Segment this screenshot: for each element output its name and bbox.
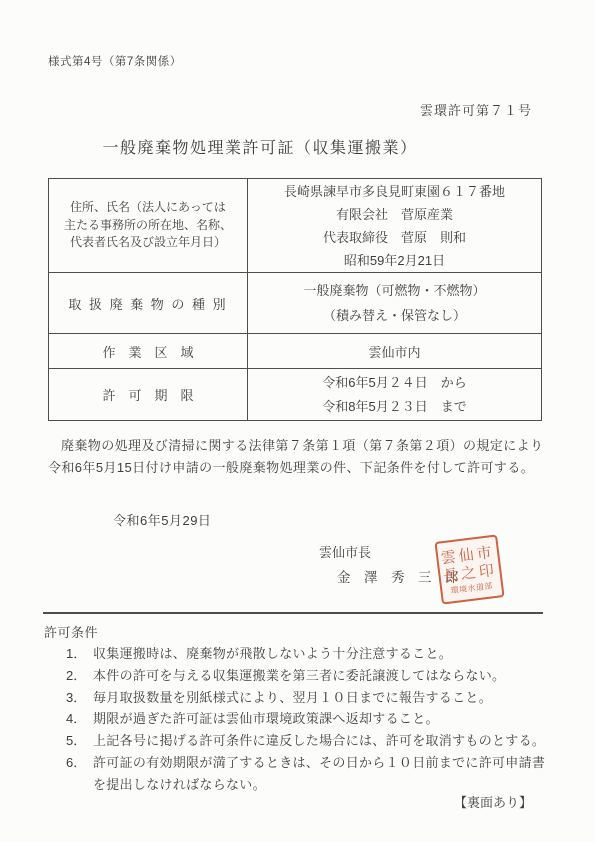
mayor-title: 雲仙市長 (319, 542, 371, 561)
form-number: 様式第4号（第7条関係） (48, 53, 182, 69)
condition-item: 4． 期限が過ぎた許可証は雲仙市環境政策課へ返却すること。 (66, 708, 548, 730)
work-area-value: 雲仙市内 (368, 342, 420, 361)
applicant-label-line: 主たる事務所の所在地、名称、 (64, 217, 232, 235)
permit-period-value-cell: 令和6年5月２４日 から 令和8年5月２３日 まで (248, 369, 541, 420)
condition-text: 本件の許可を与える収集運搬業を第三者に委託譲渡してはならない。 (93, 665, 548, 687)
condition-item: 6． 許可証の有効期限が満了するときは、その日から１０日前までに許可申請書を提出… (66, 752, 548, 796)
permit-info-table: 住所、氏名（法人にあっては 主たる事務所の所在地、名称、 代表者氏名及び設立年月… (48, 178, 542, 421)
condition-item: 5． 上記各号に掲げる許可条件に違反した場合には、許可を取消すものとする。 (66, 730, 548, 752)
condition-text: 上記各号に掲げる許可条件に違反した場合には、許可を取消すものとする。 (93, 730, 548, 752)
permit-period-label-cell: 許 可 期 限 (49, 369, 248, 420)
permit-period-label: 許 可 期 限 (102, 385, 193, 404)
condition-number: 2． (66, 665, 93, 687)
section-divider-line (43, 612, 543, 614)
permit-period-from: 令和6年5月２４日 から (322, 371, 466, 395)
conditions-heading: 許可条件 (44, 622, 98, 641)
condition-item: 3． 毎月取扱数量を別紙様式により、翌月１０日までに報告すること。 (66, 687, 548, 709)
table-row-work-area: 作 業 区 域 雲仙市内 (49, 334, 541, 369)
table-row-waste-type: 取 扱 廃 棄 物 の 種 別 一般廃棄物（可燃物・不燃物） （積み替え・保管な… (49, 273, 541, 334)
condition-text: 毎月取扱数量を別紙様式により、翌月１０日までに報告すること。 (93, 687, 548, 709)
document-title: 一般廃棄物処理業許可証（収集運搬業） (0, 135, 520, 158)
condition-number: 5． (66, 730, 93, 752)
applicant-representative: 代表取締役 菅原 則和 (323, 226, 466, 249)
condition-number: 1． (66, 643, 93, 665)
permit-number: 雲環許可第７１号 (420, 100, 532, 119)
condition-number: 6． (66, 752, 93, 796)
back-side-note: 【裏面あり】 (454, 792, 532, 811)
waste-type-value-cell: 一般廃棄物（可燃物・不燃物） （積み替え・保管なし） (248, 273, 541, 333)
applicant-company: 有限会社 菅原産業 (336, 203, 453, 226)
waste-type-line: （積み替え・保管なし） (323, 303, 466, 328)
applicant-label-cell: 住所、氏名（法人にあっては 主たる事務所の所在地、名称、 代表者氏名及び設立年月… (49, 179, 248, 272)
waste-type-label: 取 扱 廃 棄 物 の 種 別 (68, 294, 227, 313)
condition-text: 収集運搬時は、廃棄物が飛散しないよう十分注意すること。 (93, 643, 548, 665)
work-area-label: 作 業 区 域 (102, 342, 193, 361)
condition-number: 3． (66, 687, 93, 709)
work-area-value-cell: 雲仙市内 (248, 334, 541, 368)
condition-item: 1． 収集運搬時は、廃棄物が飛散しないよう十分注意すること。 (66, 643, 548, 665)
permit-document-page: 様式第4号（第7条関係） 雲環許可第７１号 一般廃棄物処理業許可証（収集運搬業）… (0, 0, 595, 842)
table-row-permit-period: 許 可 期 限 令和6年5月２４日 から 令和8年5月２３日 まで (49, 369, 541, 420)
issue-date: 令和6年5月29日 (113, 510, 211, 529)
applicant-address: 長崎県諫早市多良見町東園６１７番地 (284, 180, 505, 203)
applicant-value-cell: 長崎県諫早市多良見町東園６１７番地 有限会社 菅原産業 代表取締役 菅原 則和 … (248, 179, 541, 272)
table-row-applicant: 住所、氏名（法人にあっては 主たる事務所の所在地、名称、 代表者氏名及び設立年月… (49, 179, 541, 273)
applicant-establishment-date: 昭和59年2月21日 (344, 249, 445, 272)
waste-type-label-cell: 取 扱 廃 棄 物 の 種 別 (49, 273, 248, 333)
permit-period-to: 令和8年5月２３日 まで (322, 395, 466, 419)
mayor-seal-stamp: 雲仙市 長之印 環境水道部 (434, 534, 504, 604)
conditions-list: 1． 収集運搬時は、廃棄物が飛散しないよう十分注意すること。 2． 本件の許可を… (66, 643, 548, 796)
condition-text: 許可証の有効期限が満了するときは、その日から１０日前までに許可申請書を提出しなけ… (93, 752, 548, 796)
waste-type-line: 一般廃棄物（可燃物・不燃物） (303, 278, 485, 303)
condition-item: 2． 本件の許可を与える収集運搬業を第三者に委託譲渡してはならない。 (66, 665, 548, 687)
applicant-label-line: 住所、氏名（法人にあっては (70, 199, 226, 217)
seal-text-line-small: 環境水道部 (450, 582, 493, 595)
work-area-label-cell: 作 業 区 域 (49, 334, 248, 368)
condition-text: 期限が過ぎた許可証は雲仙市環境政策課へ返却すること。 (93, 708, 548, 730)
applicant-label-line: 代表者氏名及び設立年月日） (70, 234, 226, 252)
condition-number: 4． (66, 708, 93, 730)
grant-statement: 廃棄物の処理及び清掃に関する法律第７条第１項（第７条第２項）の規定により令和6年… (48, 435, 547, 479)
